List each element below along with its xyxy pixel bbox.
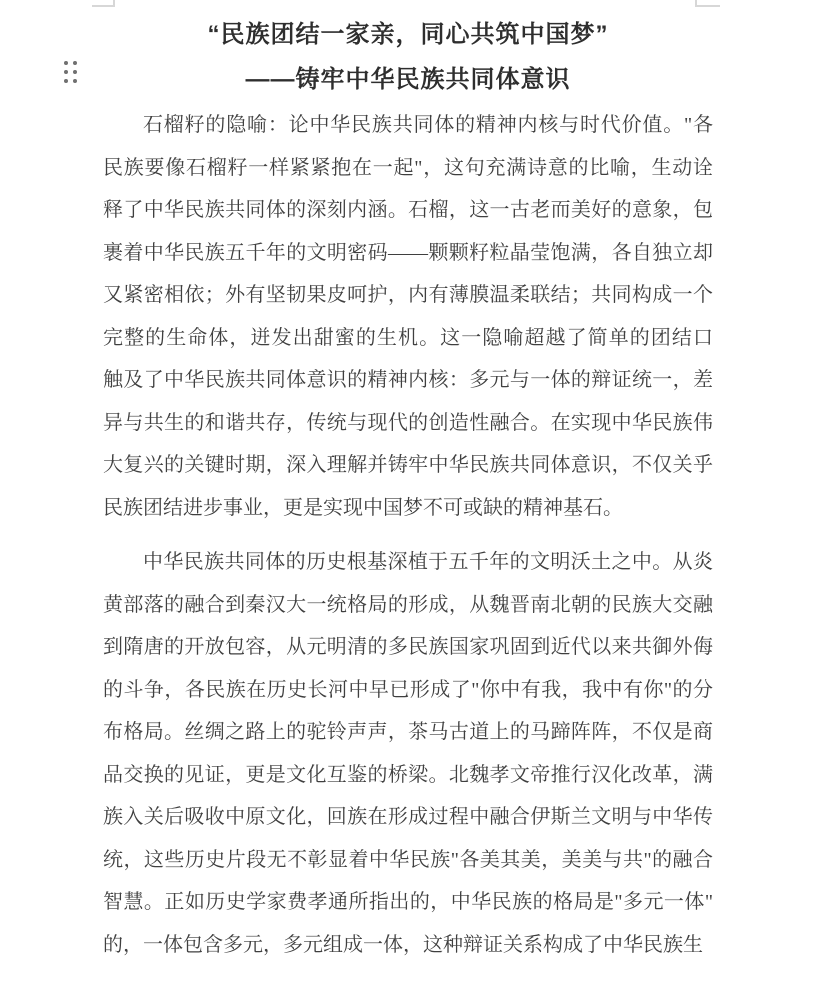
text-line: 异与共生的和谐共存，传统与现代的创造性融合。在实现中华民族伟 — [103, 402, 713, 445]
drag-handle-dot — [64, 70, 68, 74]
text-line: 释了中华民族共同体的深刻内涵。石榴，这一古老而美好的意象，包 — [103, 189, 713, 232]
document-content: “民族团结一家亲，同心共筑中国梦” ——铸牢中华民族共同体意识 石榴籽的隐喻：论… — [103, 12, 713, 966]
text-line: 又紧密相依；外有坚韧果皮呵护，内有薄膜温柔联结；共同构成一个 — [103, 274, 713, 317]
document-body[interactable]: 石榴籽的隐喻：论中华民族共同体的精神内核与时代价值。"各民族要像石榴籽一样紧紧抱… — [103, 104, 713, 966]
drag-handle-dot — [64, 79, 68, 83]
text-line: 大复兴的关键时期，深入理解并铸牢中华民族共同体意识，不仅关乎 — [103, 444, 713, 487]
text-line: 民族要像石榴籽一样紧紧抱在一起"，这句充满诗意的比喻，生动诠 — [103, 147, 713, 190]
text-line: 裹着中华民族五千年的文明密码——颗颗籽粒晶莹饱满，各自独立却 — [103, 232, 713, 275]
text-line: 到隋唐的开放包容，从元明清的多民族国家巩固到近代以来共御外侮 — [103, 626, 713, 669]
text-line: 布格局。丝绸之路上的驼铃声声，茶马古道上的马蹄阵阵，不仅是商 — [103, 711, 713, 754]
text-line: 民族团结进步事业，更是实现中国梦不可或缺的精神基石。 — [103, 487, 713, 530]
text-line: 智慧。正如历史学家费孝通所指出的，中华民族的格局是"多元一体" — [103, 881, 713, 924]
text-line: 的斗争，各民族在历史长河中早已形成了"你中有我，我中有你"的分 — [103, 669, 713, 712]
text-line: 品交换的见证，更是文化互鉴的桥梁。北魏孝文帝推行汉化改革，满 — [103, 754, 713, 797]
text-line: 统，这些历史片段无不彰显着中华民族"各美其美，美美与共"的融合 — [103, 839, 713, 882]
drag-handle-icon[interactable] — [62, 59, 79, 85]
document-subtitle: ——铸牢中华民族共同体意识 — [103, 57, 713, 102]
text-boundary-mark-right — [695, 0, 720, 7]
drag-handle-dot — [73, 61, 77, 65]
text-line: 的，一体包含多元，多元组成一体，这种辩证关系构成了中华民族生 — [103, 924, 713, 967]
document-title: “民族团结一家亲，同心共筑中国梦” — [103, 12, 713, 57]
drag-handle-dot — [73, 70, 77, 74]
paragraph: 中华民族共同体的历史根基深植于五千年的文明沃土之中。从炎黄部落的融合到秦汉大一统… — [103, 541, 713, 966]
text-line: 黄部落的融合到秦汉大一统格局的形成，从魏晋南北朝的民族大交融 — [103, 584, 713, 627]
text-boundary-mark-left — [92, 0, 115, 7]
document-page: “民族团结一家亲，同心共筑中国梦” ——铸牢中华民族共同体意识 石榴籽的隐喻：论… — [0, 0, 817, 981]
text-line: 中华民族共同体的历史根基深植于五千年的文明沃土之中。从炎 — [103, 541, 713, 584]
text-line: 完整的生命体，迸发出甜蜜的生机。这一隐喻超越了简单的团结口号， — [103, 317, 713, 360]
text-line: 石榴籽的隐喻：论中华民族共同体的精神内核与时代价值。"各 — [103, 104, 713, 147]
drag-handle-dot — [64, 61, 68, 65]
text-line: 触及了中华民族共同体意识的精神内核：多元与一体的辩证统一，差 — [103, 359, 713, 402]
text-line: 族入关后吸收中原文化，回族在形成过程中融合伊斯兰文明与中华传 — [103, 796, 713, 839]
paragraph: 石榴籽的隐喻：论中华民族共同体的精神内核与时代价值。"各民族要像石榴籽一样紧紧抱… — [103, 104, 713, 529]
drag-handle-dot — [73, 79, 77, 83]
